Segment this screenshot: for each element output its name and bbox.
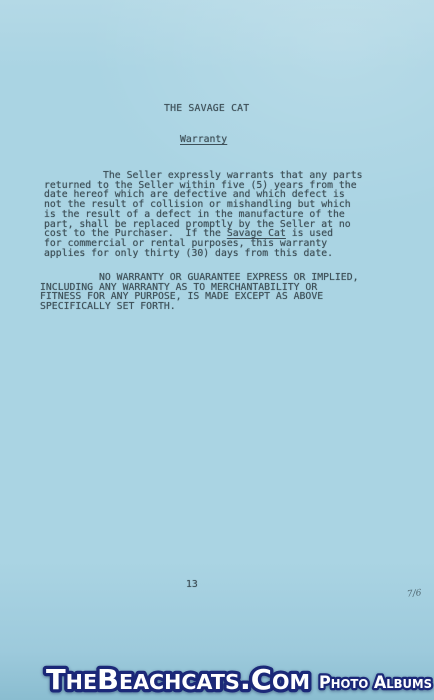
scanned-page: THE SAVAGE CAT Warranty The Seller expre…	[0, 0, 434, 700]
warranty-paragraph: The Seller expressly warrants that any p…	[44, 171, 363, 258]
beachcats-watermark: TheBeachcats.Com Photo Albums	[0, 652, 434, 699]
handwritten-mark: 7/6	[407, 588, 422, 599]
beachcats-logo-text: TheBeachcats.Com	[46, 663, 310, 696]
warranty-heading: Warranty	[180, 135, 227, 145]
document-title: THE SAVAGE CAT	[164, 104, 249, 114]
disclaimer-paragraph: NO WARRANTY OR GUARANTEE EXPRESS OR IMPL…	[40, 273, 359, 312]
photo-albums-label: Photo Albums	[319, 673, 432, 692]
page-number: 13	[186, 580, 198, 590]
